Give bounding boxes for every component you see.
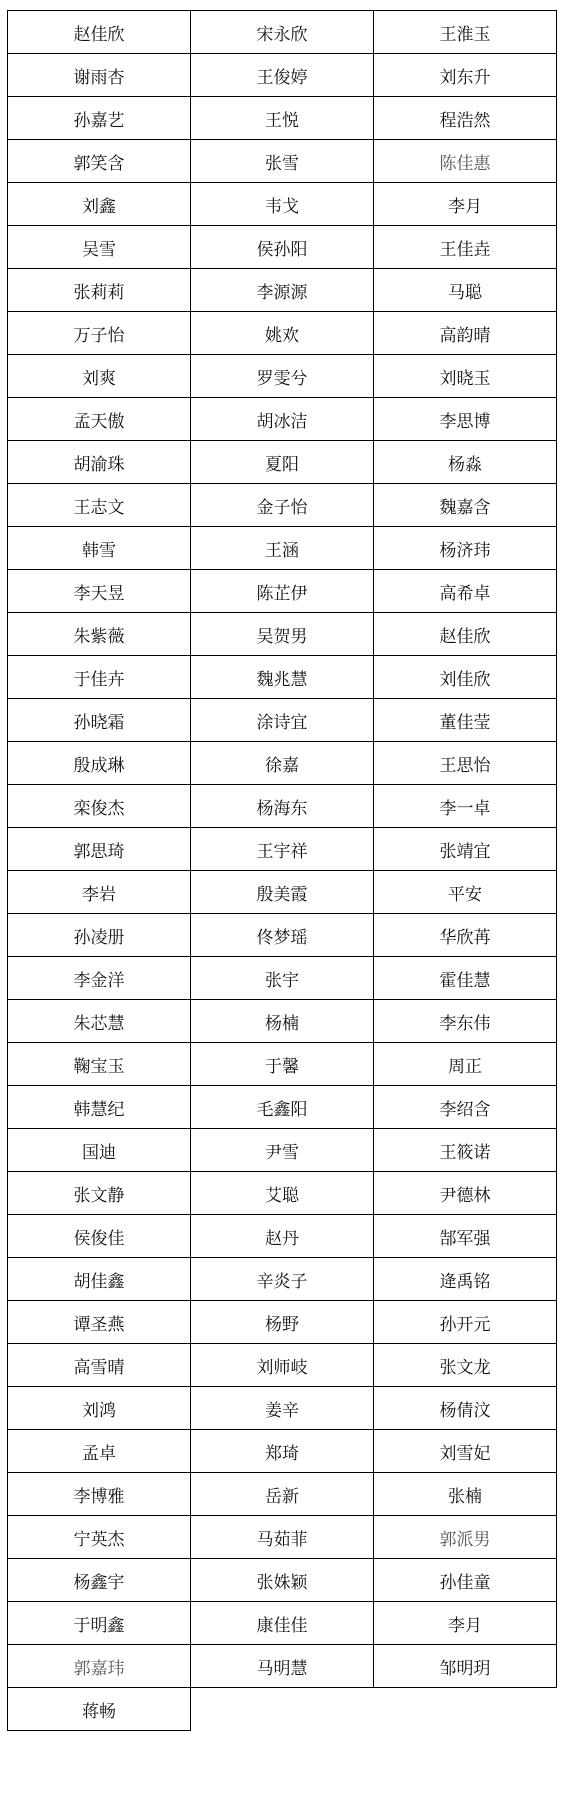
name-cell: 于馨 — [191, 1043, 374, 1086]
name-cell: 孙嘉艺 — [8, 97, 191, 140]
name-table-body: 赵佳欣宋永欣王淮玉谢雨杏王俊婷刘东升孙嘉艺王悦程浩然郭笑含张雪陈佳惠刘鑫韦戈李月… — [8, 11, 557, 1731]
name-cell: 张雪 — [191, 140, 374, 183]
name-cell: 刘晓玉 — [374, 355, 557, 398]
name-cell: 鞠宝玉 — [8, 1043, 191, 1086]
table-row: 王志文金子怡魏嘉含 — [8, 484, 557, 527]
name-cell: 万子怡 — [8, 312, 191, 355]
table-row: 宁英杰马茹菲郭派男 — [8, 1516, 557, 1559]
name-cell: 孟天傲 — [8, 398, 191, 441]
name-cell: 杨野 — [191, 1301, 374, 1344]
name-cell: 尹德林 — [374, 1172, 557, 1215]
table-row: 孙凌册佟梦瑶华欣苒 — [8, 914, 557, 957]
name-cell: 杨海东 — [191, 785, 374, 828]
name-cell: 李思博 — [374, 398, 557, 441]
name-cell: 高希卓 — [374, 570, 557, 613]
name-cell: 逄禹铭 — [374, 1258, 557, 1301]
name-cell: 侯俊佳 — [8, 1215, 191, 1258]
name-cell: 李天昱 — [8, 570, 191, 613]
name-cell: 岳新 — [191, 1473, 374, 1516]
name-cell: 蒋畅 — [8, 1688, 191, 1731]
name-cell: 韩雪 — [8, 527, 191, 570]
name-cell: 徐嘉 — [191, 742, 374, 785]
name-cell: 李月 — [374, 1602, 557, 1645]
name-cell: 李岩 — [8, 871, 191, 914]
name-cell: 刘师岐 — [191, 1344, 374, 1387]
name-cell: 杨淼 — [374, 441, 557, 484]
name-cell: 马明慧 — [191, 1645, 374, 1688]
name-cell: 王佳垚 — [374, 226, 557, 269]
table-row: 胡渝珠夏阳杨淼 — [8, 441, 557, 484]
name-cell: 佟梦瑶 — [191, 914, 374, 957]
name-cell: 张姝颖 — [191, 1559, 374, 1602]
table-row: 谢雨杏王俊婷刘东升 — [8, 54, 557, 97]
name-cell: 宁英杰 — [8, 1516, 191, 1559]
name-cell: 李月 — [374, 183, 557, 226]
name-cell: 王志文 — [8, 484, 191, 527]
name-cell: 国迪 — [8, 1129, 191, 1172]
name-cell: 杨楠 — [191, 1000, 374, 1043]
table-row: 张莉莉李源源马聪 — [8, 269, 557, 312]
table-row: 侯俊佳赵丹郜军强 — [8, 1215, 557, 1258]
name-cell: 王淮玉 — [374, 11, 557, 54]
name-cell: 李金洋 — [8, 957, 191, 1000]
name-cell: 尹雪 — [191, 1129, 374, 1172]
name-cell: 王涵 — [191, 527, 374, 570]
name-cell: 姚欢 — [191, 312, 374, 355]
name-cell: 殷美霞 — [191, 871, 374, 914]
name-cell: 李绍含 — [374, 1086, 557, 1129]
table-row: 赵佳欣宋永欣王淮玉 — [8, 11, 557, 54]
name-cell: 刘佳欣 — [374, 656, 557, 699]
name-cell: 吴雪 — [8, 226, 191, 269]
table-row: 刘鸿姜辛杨倩汶 — [8, 1387, 557, 1430]
name-cell: 于明鑫 — [8, 1602, 191, 1645]
table-row: 朱芯慧杨楠李东伟 — [8, 1000, 557, 1043]
name-cell: 王悦 — [191, 97, 374, 140]
table-row: 刘爽罗雯兮刘晓玉 — [8, 355, 557, 398]
name-cell: 金子怡 — [191, 484, 374, 527]
name-cell: 毛鑫阳 — [191, 1086, 374, 1129]
name-cell: 郜军强 — [374, 1215, 557, 1258]
table-row: 国迪尹雪王筱诺 — [8, 1129, 557, 1172]
name-cell: 赵佳欣 — [8, 11, 191, 54]
name-cell: 吴贺男 — [191, 613, 374, 656]
name-cell: 李东伟 — [374, 1000, 557, 1043]
name-cell: 杨济玮 — [374, 527, 557, 570]
name-cell: 杨倩汶 — [374, 1387, 557, 1430]
table-row: 李博雅岳新张楠 — [8, 1473, 557, 1516]
name-cell: 王思怡 — [374, 742, 557, 785]
name-cell: 罗雯兮 — [191, 355, 374, 398]
name-cell: 宋永欣 — [191, 11, 374, 54]
name-cell: 张莉莉 — [8, 269, 191, 312]
name-cell: 魏兆慧 — [191, 656, 374, 699]
name-cell: 涂诗宜 — [191, 699, 374, 742]
table-row: 蒋畅 — [8, 1688, 557, 1731]
name-cell: 姜辛 — [191, 1387, 374, 1430]
name-cell: 朱紫薇 — [8, 613, 191, 656]
name-cell: 谢雨杏 — [8, 54, 191, 97]
table-row: 高雪晴刘师岐张文龙 — [8, 1344, 557, 1387]
name-cell: 孟卓 — [8, 1430, 191, 1473]
table-row: 杨鑫宇张姝颖孙佳童 — [8, 1559, 557, 1602]
name-cell: 张宇 — [191, 957, 374, 1000]
table-row: 栾俊杰杨海东李一卓 — [8, 785, 557, 828]
name-cell: 辛炎子 — [191, 1258, 374, 1301]
table-row: 朱紫薇吴贺男赵佳欣 — [8, 613, 557, 656]
table-row: 李天昱陈芷伊高希卓 — [8, 570, 557, 613]
name-cell: 高雪晴 — [8, 1344, 191, 1387]
name-cell: 赵佳欣 — [374, 613, 557, 656]
name-cell: 华欣苒 — [374, 914, 557, 957]
name-cell: 刘爽 — [8, 355, 191, 398]
name-cell: 韩慧纪 — [8, 1086, 191, 1129]
name-cell: 孙佳童 — [374, 1559, 557, 1602]
name-cell: 郭派男 — [374, 1516, 557, 1559]
name-cell: 董佳莹 — [374, 699, 557, 742]
name-cell: 杨鑫宇 — [8, 1559, 191, 1602]
name-cell: 侯孙阳 — [191, 226, 374, 269]
table-row: 于佳卉魏兆慧刘佳欣 — [8, 656, 557, 699]
name-cell: 康佳佳 — [191, 1602, 374, 1645]
name-cell: 张文静 — [8, 1172, 191, 1215]
table-row: 谭圣燕杨野孙开元 — [8, 1301, 557, 1344]
name-cell: 高韵晴 — [374, 312, 557, 355]
table-row: 郭嘉玮马明慧邹明玥 — [8, 1645, 557, 1688]
name-cell: 王俊婷 — [191, 54, 374, 97]
name-cell: 魏嘉含 — [374, 484, 557, 527]
table-row: 万子怡姚欢高韵晴 — [8, 312, 557, 355]
table-row: 韩雪王涵杨济玮 — [8, 527, 557, 570]
table-row: 殷成琳徐嘉王思怡 — [8, 742, 557, 785]
name-cell: 朱芯慧 — [8, 1000, 191, 1043]
name-cell: 韦戈 — [191, 183, 374, 226]
name-cell: 艾聪 — [191, 1172, 374, 1215]
table-row: 孙嘉艺王悦程浩然 — [8, 97, 557, 140]
name-cell: 郑琦 — [191, 1430, 374, 1473]
table-row: 张文静艾聪尹德林 — [8, 1172, 557, 1215]
name-cell: 刘东升 — [374, 54, 557, 97]
name-cell: 张文龙 — [374, 1344, 557, 1387]
name-cell: 胡佳鑫 — [8, 1258, 191, 1301]
name-table: 赵佳欣宋永欣王淮玉谢雨杏王俊婷刘东升孙嘉艺王悦程浩然郭笑含张雪陈佳惠刘鑫韦戈李月… — [7, 10, 557, 1731]
name-cell: 马茹菲 — [191, 1516, 374, 1559]
table-row: 孟卓郑琦刘雪妃 — [8, 1430, 557, 1473]
name-cell: 张楠 — [374, 1473, 557, 1516]
table-row: 李金洋张宇霍佳慧 — [8, 957, 557, 1000]
name-cell: 夏阳 — [191, 441, 374, 484]
table-row: 于明鑫康佳佳李月 — [8, 1602, 557, 1645]
name-cell: 张靖宜 — [374, 828, 557, 871]
empty-cell — [191, 1688, 374, 1731]
table-row: 李岩殷美霞平安 — [8, 871, 557, 914]
name-cell: 王宇祥 — [191, 828, 374, 871]
name-cell: 胡渝珠 — [8, 441, 191, 484]
table-row: 鞠宝玉于馨周正 — [8, 1043, 557, 1086]
table-row: 郭思琦王宇祥张靖宜 — [8, 828, 557, 871]
name-cell: 李博雅 — [8, 1473, 191, 1516]
name-cell: 郭思琦 — [8, 828, 191, 871]
name-cell: 孙开元 — [374, 1301, 557, 1344]
name-cell: 刘鸿 — [8, 1387, 191, 1430]
name-cell: 马聪 — [374, 269, 557, 312]
name-cell: 刘鑫 — [8, 183, 191, 226]
name-cell: 李一卓 — [374, 785, 557, 828]
table-row: 孙晓霜涂诗宜董佳莹 — [8, 699, 557, 742]
name-cell: 霍佳慧 — [374, 957, 557, 1000]
table-row: 吴雪侯孙阳王佳垚 — [8, 226, 557, 269]
name-cell: 赵丹 — [191, 1215, 374, 1258]
name-cell: 孙晓霜 — [8, 699, 191, 742]
table-row: 胡佳鑫辛炎子逄禹铭 — [8, 1258, 557, 1301]
name-cell: 栾俊杰 — [8, 785, 191, 828]
table-row: 孟天傲胡冰洁李思博 — [8, 398, 557, 441]
name-cell: 平安 — [374, 871, 557, 914]
name-cell: 郭嘉玮 — [8, 1645, 191, 1688]
name-cell: 谭圣燕 — [8, 1301, 191, 1344]
name-cell: 陈佳惠 — [374, 140, 557, 183]
name-cell: 王筱诺 — [374, 1129, 557, 1172]
name-cell: 郭笑含 — [8, 140, 191, 183]
name-cell: 李源源 — [191, 269, 374, 312]
name-cell: 邹明玥 — [374, 1645, 557, 1688]
name-cell: 胡冰洁 — [191, 398, 374, 441]
table-row: 刘鑫韦戈李月 — [8, 183, 557, 226]
name-cell: 于佳卉 — [8, 656, 191, 699]
name-cell: 陈芷伊 — [191, 570, 374, 613]
name-cell: 刘雪妃 — [374, 1430, 557, 1473]
name-cell: 孙凌册 — [8, 914, 191, 957]
table-row: 韩慧纪毛鑫阳李绍含 — [8, 1086, 557, 1129]
empty-cell — [374, 1688, 557, 1731]
name-cell: 殷成琳 — [8, 742, 191, 785]
table-row: 郭笑含张雪陈佳惠 — [8, 140, 557, 183]
name-cell: 周正 — [374, 1043, 557, 1086]
name-cell: 程浩然 — [374, 97, 557, 140]
